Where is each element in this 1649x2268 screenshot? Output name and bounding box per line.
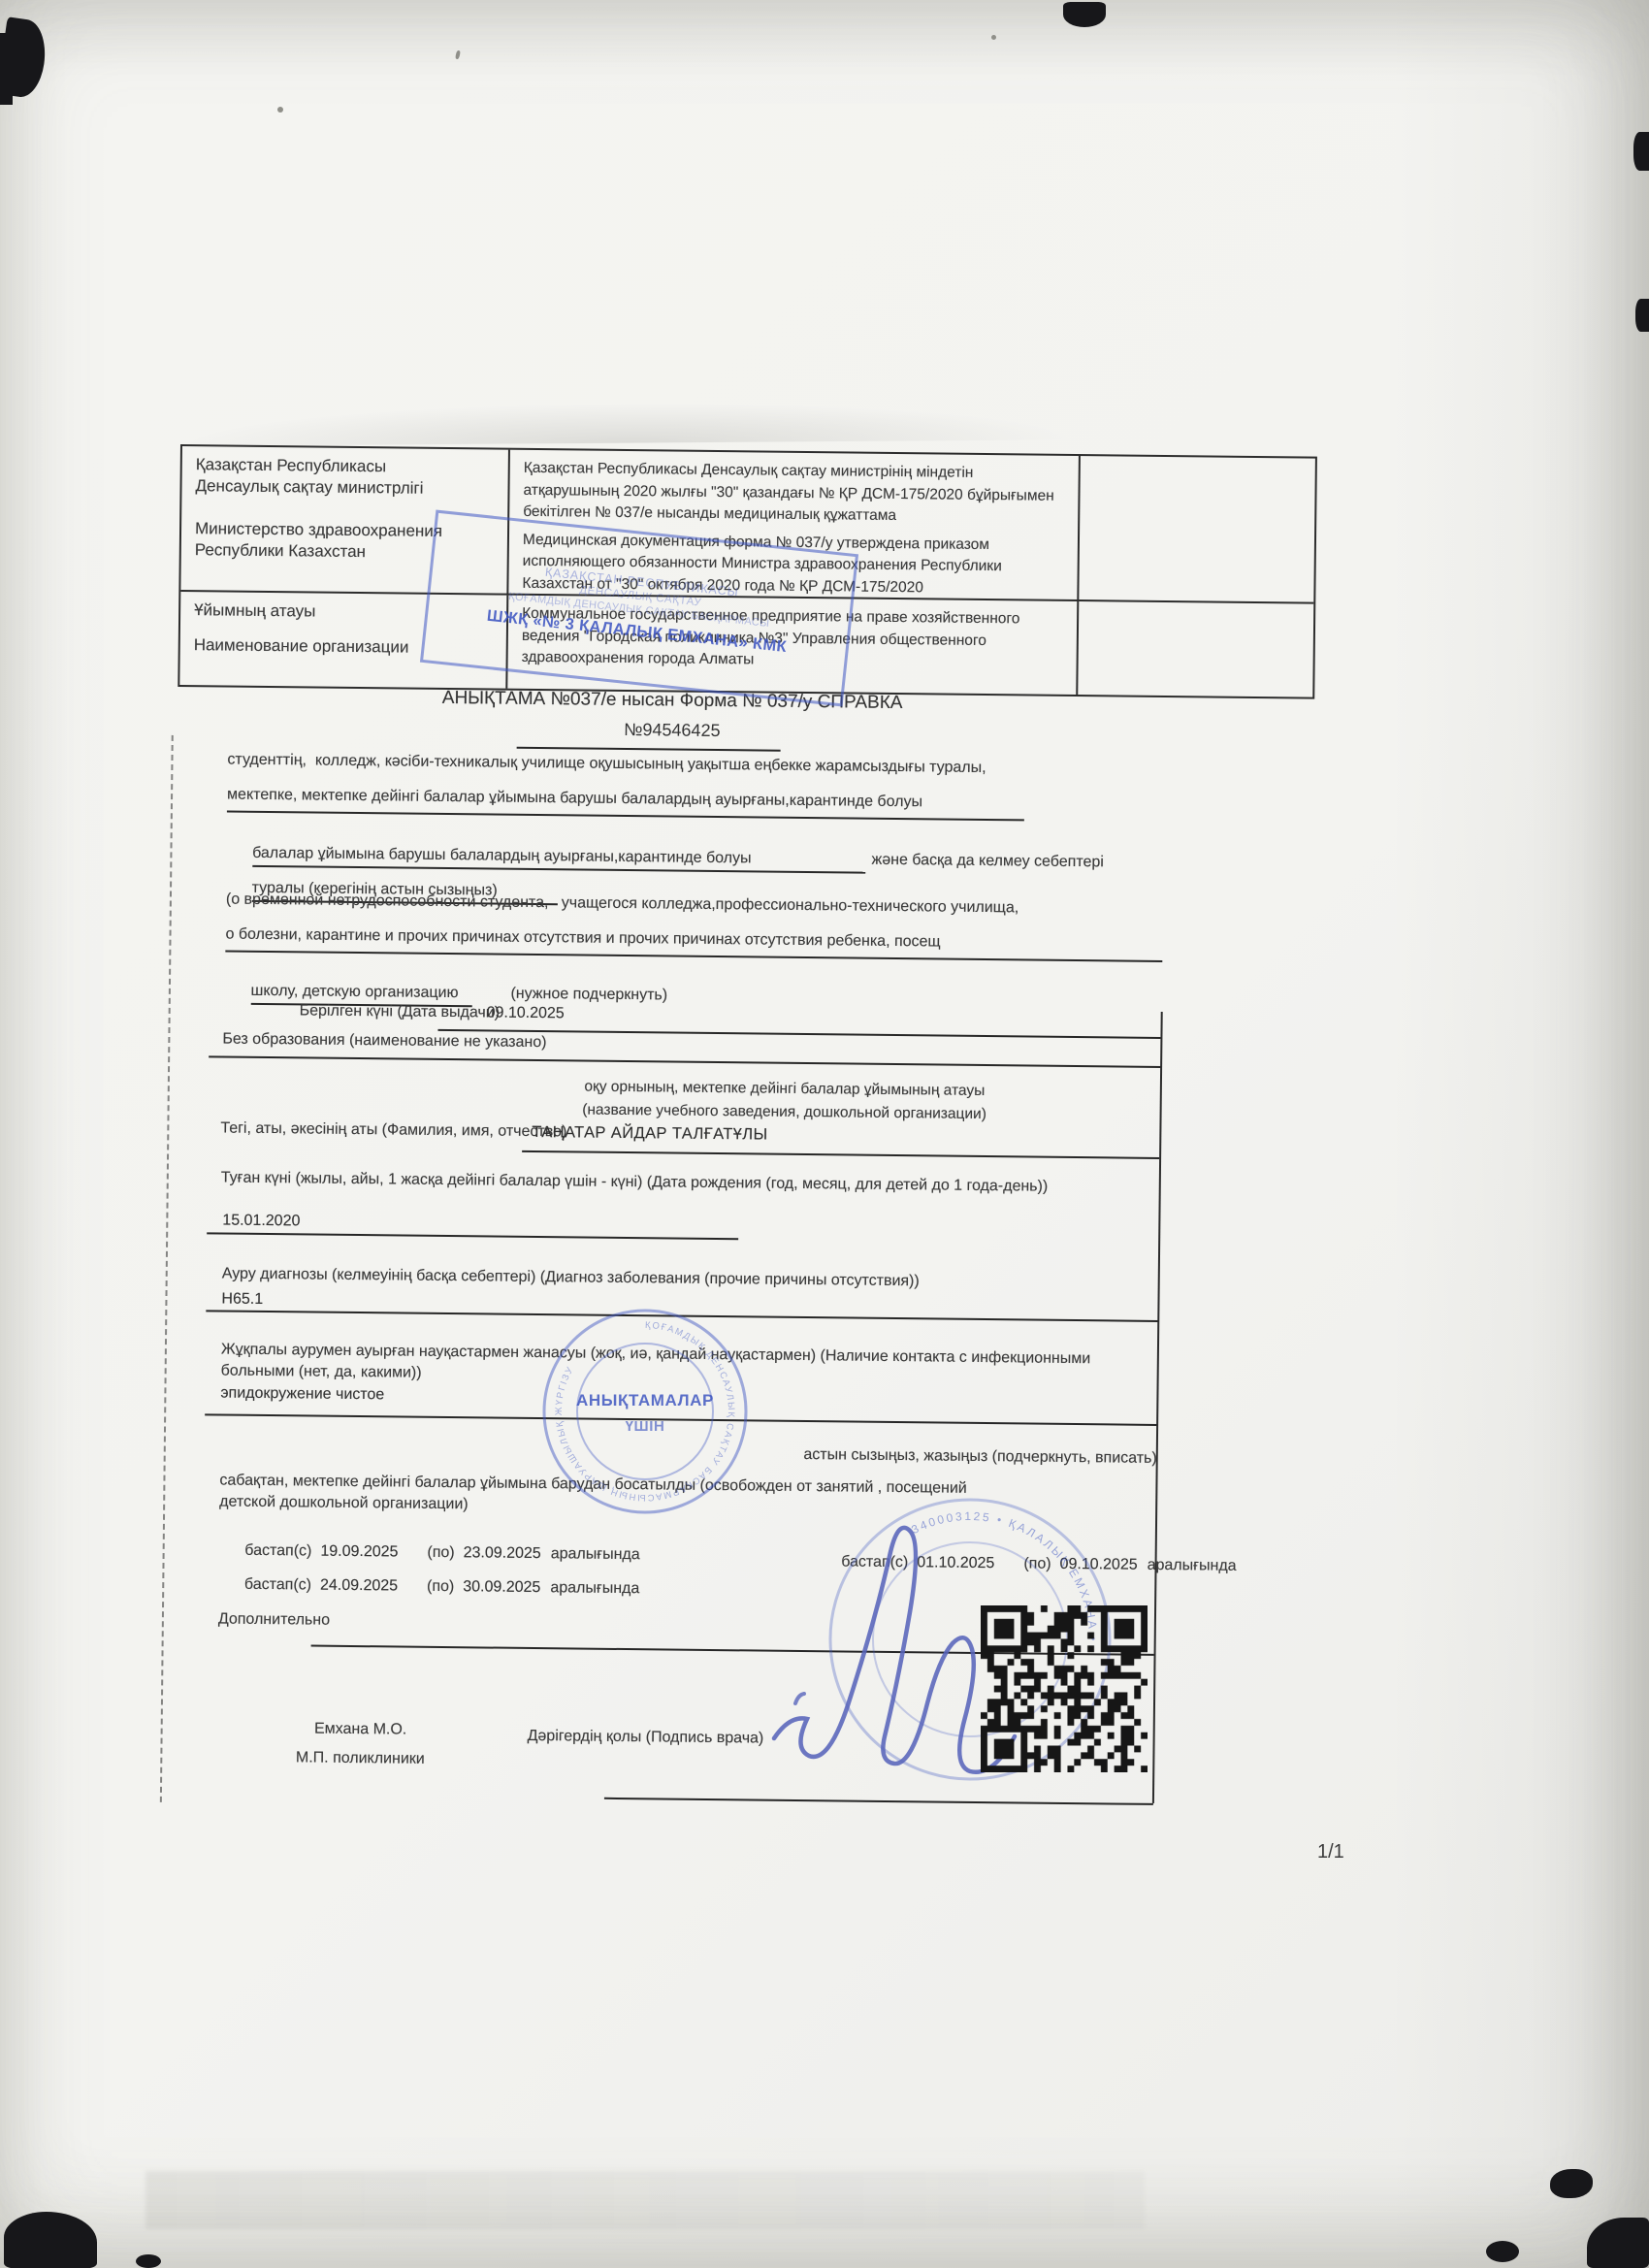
rule-birth-date <box>207 1232 738 1240</box>
release-period-3: бастап(с)01.10.2025(по)09.10.2025аралығы… <box>815 1530 1237 1599</box>
birth-date-value: 15.01.2020 <box>222 1211 300 1233</box>
org-label-ru: Наименование организации <box>194 634 497 659</box>
edge-mark-right-1 <box>1633 132 1649 171</box>
full-name-label: Тегі, аты, әкесінің аты (Фамилия, имя, о… <box>220 1118 566 1143</box>
purpose-ru-line2: о болезни, карантине и прочих причинах о… <box>225 924 1162 962</box>
diagnosis-value: Н65.1 <box>221 1289 263 1311</box>
scan-speck <box>991 35 996 40</box>
org-label-kz: Ұйымның атауы <box>194 599 497 624</box>
period-suffix: аралығында <box>550 1577 639 1600</box>
ministry-ru-line2: Республики Казахстан <box>195 539 498 564</box>
header-table: Қазақстан Республикасы Денсаулық сақтау … <box>178 444 1317 699</box>
full-name-value: ТАҢАТАР АЙДАР ТАЛҒАТҰЛЫ <box>532 1121 767 1146</box>
period-suffix: аралығында <box>1148 1555 1237 1577</box>
header-cell-order: Қазақстан Республикасы Денсаулық сақтау … <box>508 450 1081 601</box>
corner-mark-top-right <box>1063 2 1106 27</box>
release-label: сабақтан, мектепке дейінгі балалар ұйымы… <box>219 1471 1005 1522</box>
page-indicator: 1/1 <box>1317 1841 1344 1863</box>
issue-date-label: Берілген күні (Дата выдачи) <box>300 1000 501 1023</box>
paper-edge-shade <box>1389 0 1649 2268</box>
period-to-label: (по) <box>427 1576 454 1598</box>
header-cell-organization: Коммунальное государственное предприятие… <box>507 596 1079 695</box>
header-cell-empty-bottom <box>1078 601 1313 697</box>
period-from-label: бастап(с) <box>244 1574 311 1597</box>
rule-diagnosis <box>206 1310 1158 1322</box>
period-to-date: 09.10.2025 <box>1059 1554 1137 1576</box>
underline-hint: астын сызыңыз, жазыңыз (подчеркнуть, впи… <box>672 1443 1157 1470</box>
left-border-dashed <box>160 735 174 1802</box>
scan-shade <box>145 2171 1145 2229</box>
rule-under-number <box>517 747 781 752</box>
period-from-date: 24.09.2025 <box>320 1575 398 1598</box>
paper-crease <box>184 382 1242 446</box>
doctor-signature-label: Дәрігердің қолы (Подпись врача) <box>527 1726 763 1750</box>
edge-mark-right-2 <box>1635 299 1649 332</box>
right-border-line <box>1152 1012 1163 1803</box>
contact-value: эпидокружение чистое <box>220 1383 384 1407</box>
rule-bottom-border <box>604 1798 1153 1805</box>
purpose-ru-line3-rest: (нужное подчеркнуть) <box>510 986 667 1004</box>
period-from-date: 01.10.2025 <box>917 1552 994 1574</box>
education-value: Без образования (наименование не указано… <box>222 1029 546 1054</box>
bottom-mark-right-1 <box>1550 2169 1593 2198</box>
purpose-kz-line3-rest: және басқа да келмеу себептері <box>871 852 1103 871</box>
scanned-page: Қазақстан Республикасы Денсаулық сақтау … <box>0 0 1649 2268</box>
qr-code <box>981 1605 1148 1772</box>
header-cell-ministry: Қазақстан Республикасы Денсаулық сақтау … <box>180 446 510 596</box>
corner-mark-bottom-left <box>4 2212 97 2268</box>
purpose-kz-line1: студенттің, колледж, кәсіби-техникалық у… <box>227 750 986 779</box>
issue-date-value: 09.10.2025 <box>487 1002 565 1024</box>
scan-speck <box>455 50 461 60</box>
edge-mark-left <box>0 33 13 105</box>
purpose-kz-line2: мектепке, мектепке дейінгі балалар ұйымы… <box>227 785 1024 822</box>
clinic-seal-label-ru: М.П. поликлиники <box>263 1747 457 1770</box>
birth-date-label: Туған күні (жылы, айы, 1 жасқа дейінгі б… <box>221 1167 1145 1198</box>
bottom-mark-left-small <box>136 2254 161 2268</box>
header-cell-org-label: Ұйымның атауы Наименование организации <box>179 592 508 689</box>
period-to-label: (по) <box>1023 1553 1051 1574</box>
clinic-seal-label-kz: Емхана М.О. <box>264 1718 458 1741</box>
order-text-kz: Қазақстан Республикасы Денсаулық сақтау … <box>523 458 1069 530</box>
rule-education <box>209 1055 1161 1068</box>
period-to-date: 30.09.2025 <box>463 1576 540 1599</box>
rule-contact <box>205 1413 1157 1426</box>
rule-full-name <box>522 1150 1159 1159</box>
bottom-mark-right-2 <box>1486 2241 1519 2262</box>
ministry-kz-line2: Денсаулық сақтау министрлігі <box>195 475 498 500</box>
order-text-ru: Медицинская документация форма № 037/у у… <box>522 529 1068 600</box>
period-from-label: бастап(с) <box>841 1551 908 1573</box>
additional-label: Дополнительно <box>218 1608 330 1631</box>
certificate-number: №94546425 <box>178 715 1167 746</box>
scan-speck <box>277 107 283 113</box>
organization-name: Коммунальное государственное предприятие… <box>522 603 1068 675</box>
diagnosis-label: Ауру диагнозы (келмеуінің басқа себептер… <box>222 1264 920 1293</box>
header-cell-empty-top <box>1079 456 1315 604</box>
